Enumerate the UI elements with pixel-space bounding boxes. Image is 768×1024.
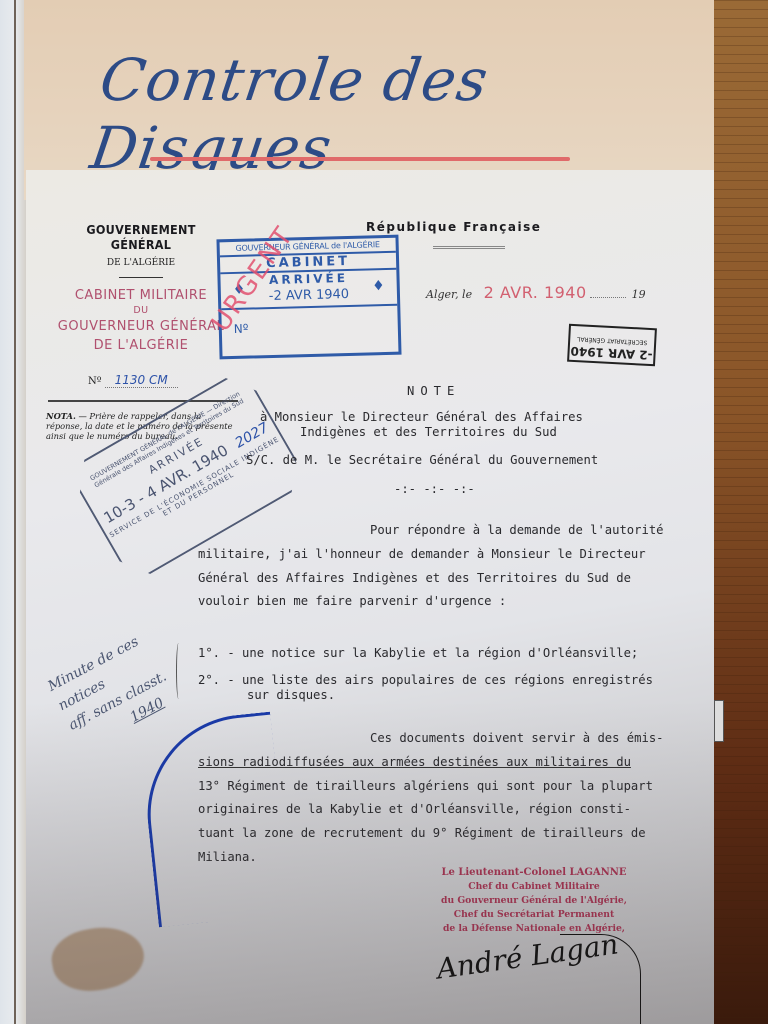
list-item-1: 1°. - une notice sur la Kabylie et la ré… (198, 646, 638, 660)
nota-label: NOTA. (46, 411, 76, 421)
place-prefix: Alger, le (426, 288, 472, 301)
stamp-date: -2 AVR 1940 (269, 287, 350, 304)
year-suffix: 19 (632, 288, 646, 301)
address-line1: à Monsieur le Directeur Général des Affa… (260, 410, 583, 424)
wooden-table-background (712, 0, 768, 1024)
sheet-clip (714, 700, 724, 742)
republic-rule (433, 246, 505, 249)
paragraph-1-line: Pour répondre à la demande de l'autorité (198, 519, 664, 543)
folder-title-underline (150, 157, 570, 161)
folder-handwritten-title: Controle des Disques (86, 46, 665, 182)
date-dots (590, 297, 626, 298)
paragraph-1-line: militaire, j'ai l'honneur de demander à … (198, 543, 664, 567)
address-line2: Indigènes et des Territoires du Sud (300, 425, 557, 439)
letterhead-rule (119, 277, 163, 278)
date-line: Alger, le 2 AVR. 1940 19 (426, 283, 646, 302)
letterhead-left: GOUVERNEMENT GÉNÉRAL DE L'ALGÉRIE CABINE… (46, 222, 236, 355)
secretariat-stamp: -2 AVR 1940 SECRÉTARIAT GÉNÉRAL (567, 324, 657, 367)
cabinet-line1: CABINET MILITAIRE (46, 286, 236, 305)
margin-bracket (176, 643, 181, 699)
diamond-right-icon: ♦ (372, 276, 385, 296)
republic-heading: République Française (366, 220, 541, 234)
paragraph-1-line: vouloir bien me faire parvenir d'urgence… (198, 590, 664, 614)
separator: -:- -:- -:- (394, 482, 475, 496)
paragraph-1-line: Général des Affaires Indigènes et des Te… (198, 567, 664, 591)
cabinet-line4: DE L'ALGÉRIE (46, 336, 236, 355)
letterhead-algeria: DE L'ALGÉRIE (46, 258, 236, 268)
reference-number-value: 1130 CM (105, 373, 178, 388)
paragraph-1: Pour répondre à la demande de l'autorité… (198, 519, 664, 614)
reference-number: Nº 1130 CM (88, 373, 178, 387)
cabinet-line2: DU (46, 305, 236, 317)
sc-line: S/C. de M. le Secrétaire Général du Gouv… (246, 453, 598, 467)
list-item-2: 2°. - une liste des airs populaires de c… (198, 673, 653, 687)
letterhead-government: GOUVERNEMENT GÉNÉRAL (56, 222, 227, 252)
sheet-shadow (26, 700, 714, 1024)
note-title: NOTE (407, 384, 460, 398)
date-stamp: 2 AVR. 1940 (484, 283, 587, 302)
reference-number-label: Nº (88, 376, 101, 387)
